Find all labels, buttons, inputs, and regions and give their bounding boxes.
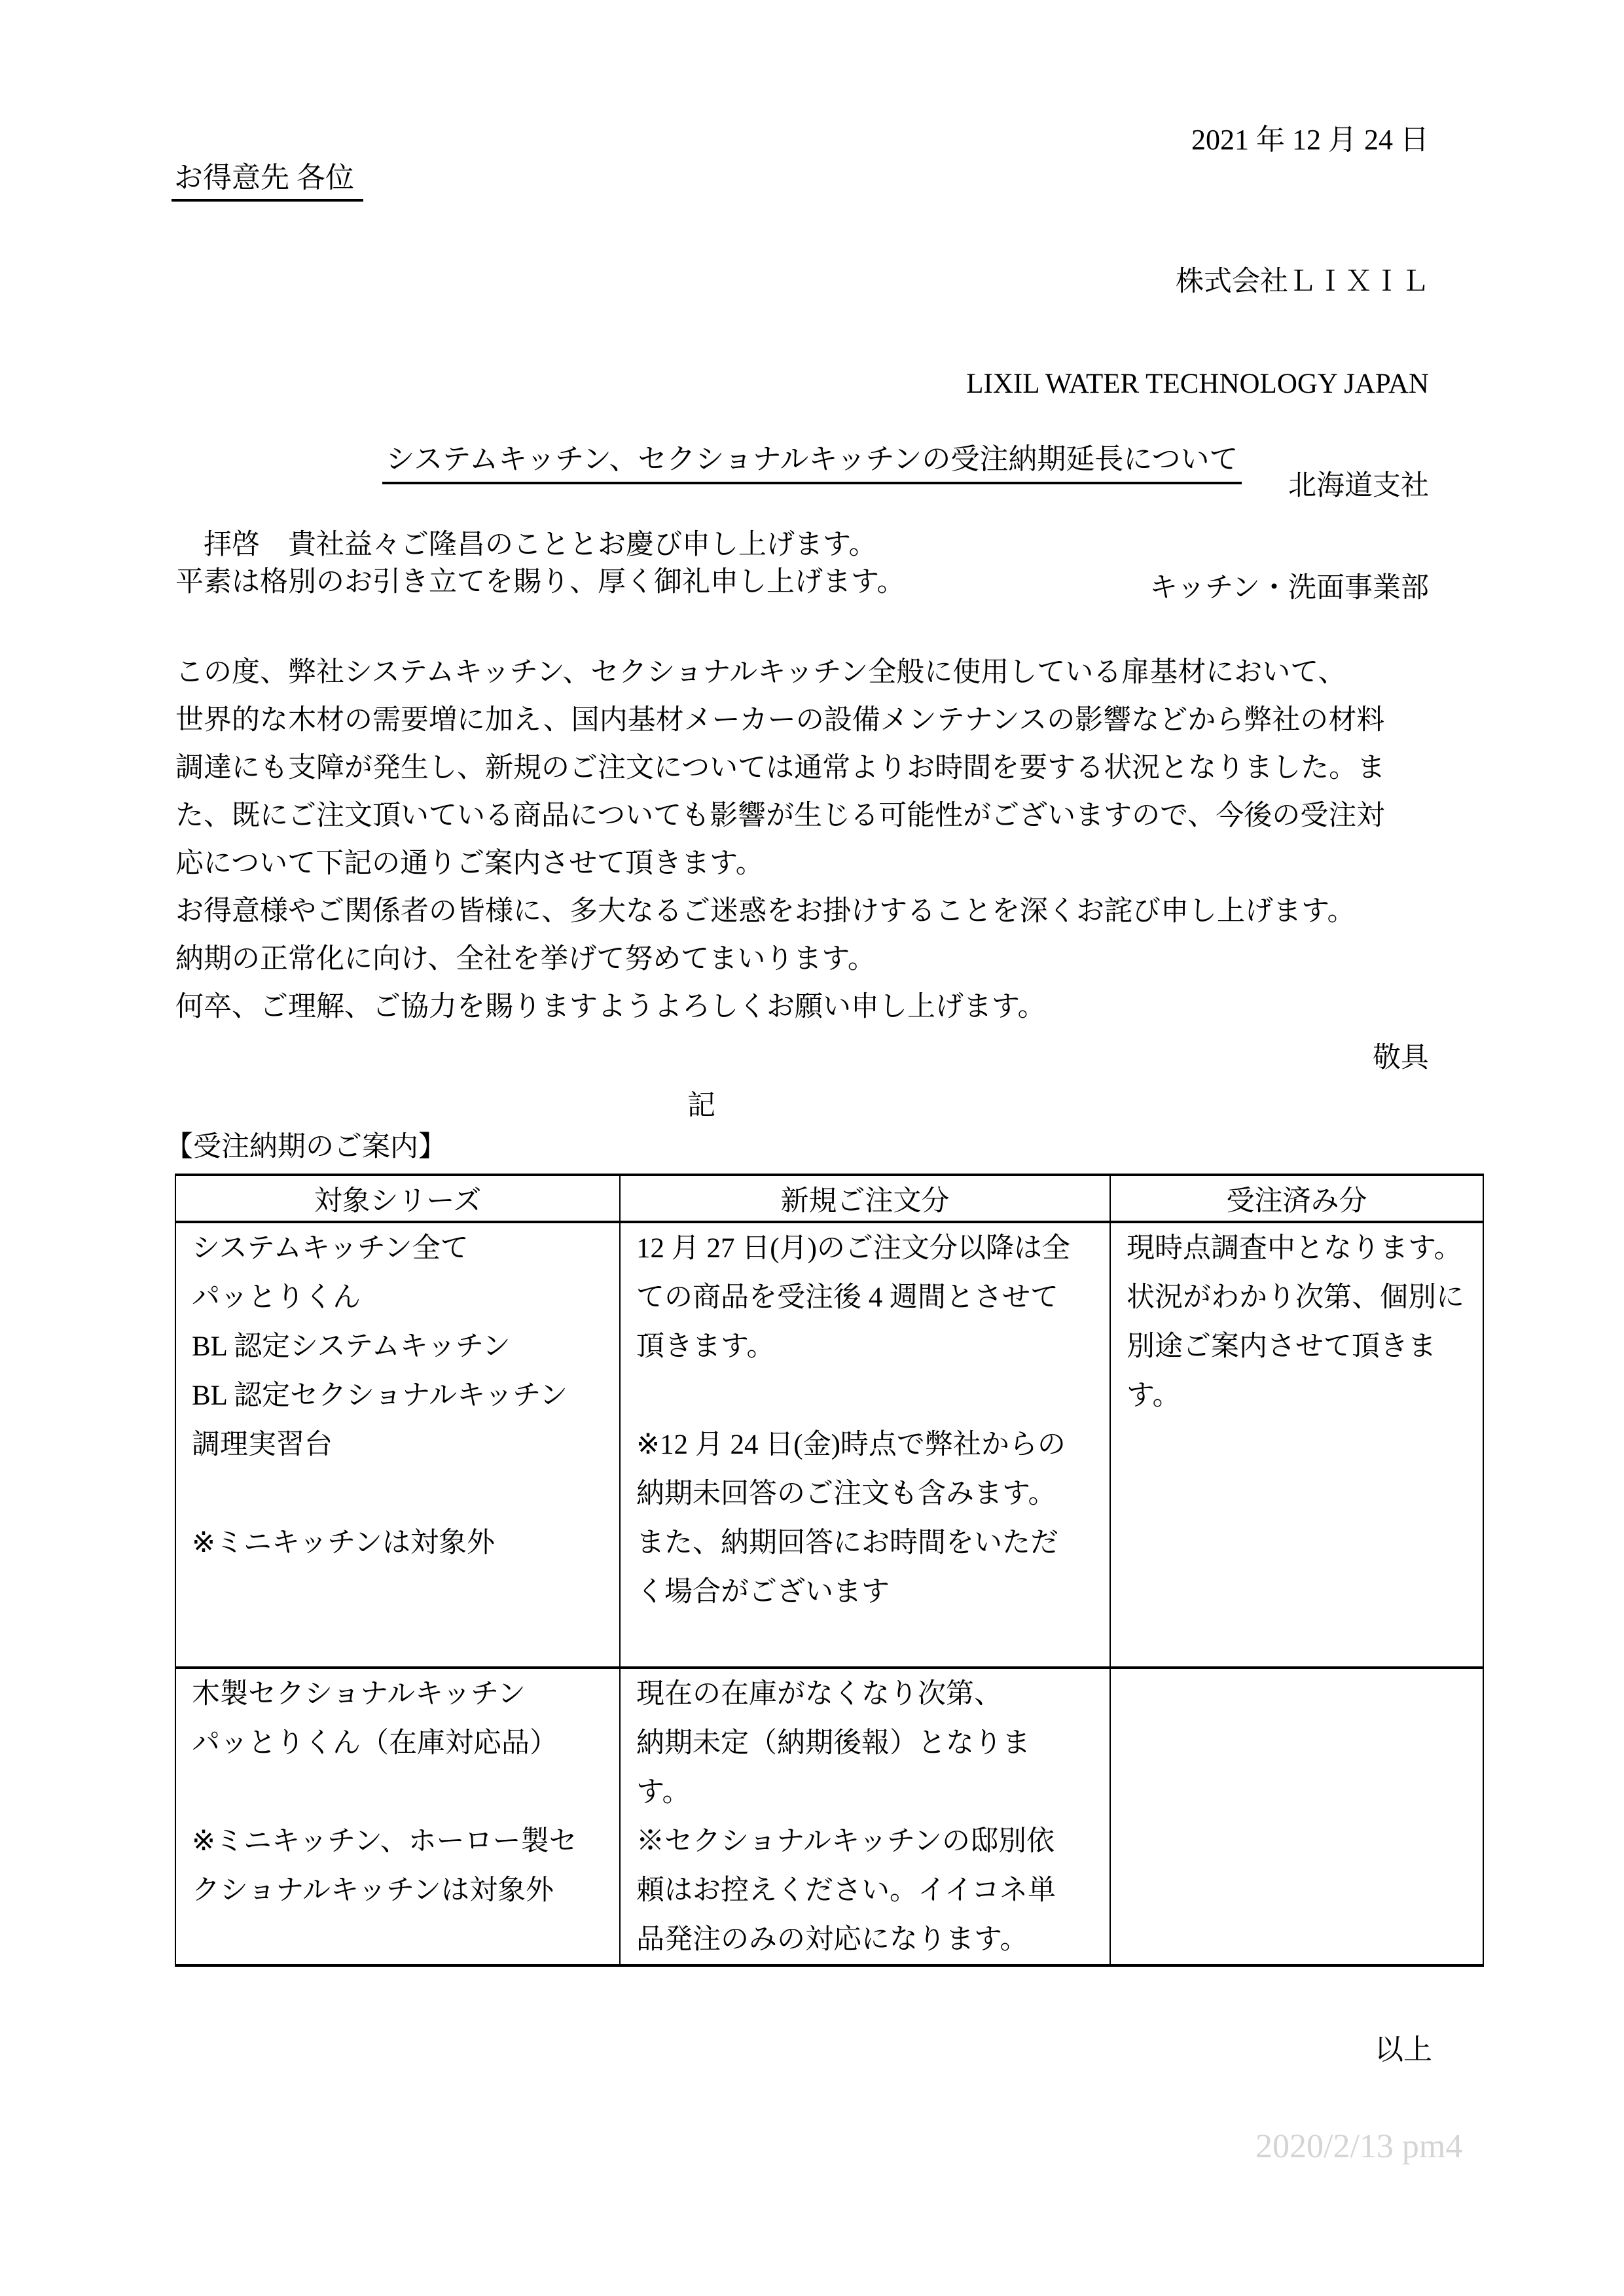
letter-page: 2021 年 12 月 24 日 お得意先 各位 株式会社ＬＩＸＩＬ LIXIL… bbox=[0, 0, 1624, 2296]
table-row: 木製セクショナルキッチン パッとりくん（在庫対応品） ※ミニキッチン、ホーロー製… bbox=[175, 1668, 1483, 1965]
cell-series-2: 木製セクショナルキッチン パッとりくん（在庫対応品） ※ミニキッチン、ホーロー製… bbox=[175, 1668, 620, 1965]
cell-received-1: 現時点調査中となります。 状況がわかり次第、個別に 別途ご案内させて頂きま す。 bbox=[1110, 1222, 1483, 1668]
record-marker: 記 bbox=[687, 1089, 715, 1123]
cell-new-orders-2: 現在の在庫がなくなり次第、 納期未定（納期後報）となりま す。 ※セクショナルキ… bbox=[620, 1668, 1110, 1965]
table-row: システムキッチン全て パッとりくん BL 認定システムキッチン BL 認定セクシ… bbox=[175, 1222, 1483, 1668]
cell-received-2 bbox=[1110, 1668, 1483, 1965]
table-header-row: 対象シリーズ 新規ご注文分 受注済み分 bbox=[175, 1175, 1483, 1222]
date-text: 2021 年 12 月 24 日 bbox=[1191, 123, 1429, 157]
header-target-series: 対象シリーズ bbox=[175, 1175, 620, 1222]
table-section-label: 【受注納期のご案内】 bbox=[165, 1130, 446, 1164]
company-name: 株式会社ＬＩＸＩＬ bbox=[966, 265, 1429, 299]
sender-block: 株式会社ＬＩＸＩＬ LIXIL WATER TECHNOLOGY JAPAN 北… bbox=[966, 197, 1429, 673]
watermark-text: 2020/2/13 pm4 bbox=[1255, 2128, 1462, 2165]
company-english-name: LIXIL WATER TECHNOLOGY JAPAN bbox=[966, 367, 1429, 401]
body-paragraph: この度、弊社システムキッチン、セクショナルキッチン全般に使用している扉基材におい… bbox=[175, 649, 1458, 1031]
header-new-orders: 新規ご注文分 bbox=[620, 1175, 1110, 1222]
closing-keigu: 敬具 bbox=[1373, 1041, 1429, 1075]
letter-title-row: システムキッチン、セクショナルキッチンの受注納期延長について bbox=[0, 441, 1624, 484]
recipient-label: お得意先 各位 bbox=[171, 161, 363, 202]
cell-new-orders-1: 12 月 27 日(月)のご注文分以降は全 ての商品を受注後 4 週間とさせて … bbox=[620, 1222, 1110, 1668]
closing-ijou: 以上 bbox=[1375, 2033, 1432, 2067]
header-received-orders: 受注済み分 bbox=[1110, 1175, 1483, 1222]
letter-title: システムキッチン、セクショナルキッチンの受注納期延長について bbox=[382, 441, 1242, 484]
greeting-paragraph: 拝啓 貴社益々ご隆昌のこととお慶び申し上げます。 平素は格別のお引き立てを賜り、… bbox=[175, 526, 1458, 601]
delivery-schedule-table: 対象シリーズ 新規ご注文分 受注済み分 システムキッチン全て パッとりくん BL… bbox=[175, 1174, 1484, 1967]
cell-series-1: システムキッチン全て パッとりくん BL 認定システムキッチン BL 認定セクシ… bbox=[175, 1222, 620, 1668]
